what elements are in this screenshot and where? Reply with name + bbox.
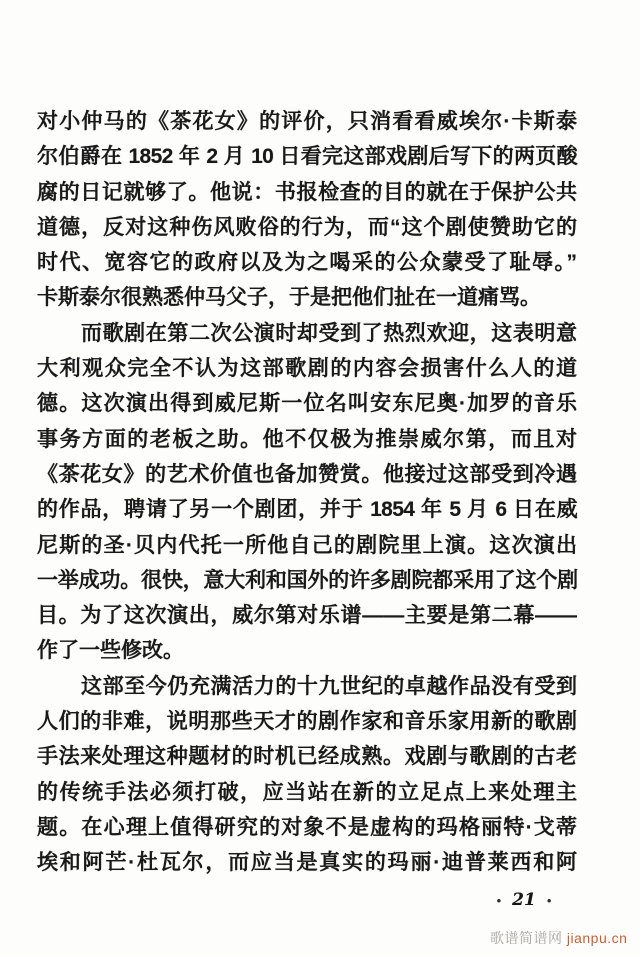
watermark-site-name: 歌谱简谱网	[490, 930, 563, 946]
watermark: 歌谱简谱网 jianpu.cn	[490, 928, 627, 948]
text-line: 而歌剧在第二次公演时却受到了热烈欢迎，这表明意	[37, 316, 577, 351]
text-line: 《茶花女》的艺术价值也备加赞赏。他接过这部受到冷遇	[37, 457, 577, 492]
page-footer: • 21 •	[476, 890, 572, 910]
scanned-book-page: 对小仲马的《茶花女》的评价，只消看看威埃尔·卡斯泰 尔伯爵在 1852 年 2 …	[0, 0, 640, 956]
text-line: 目。为了这次演出，威尔第对乐谱——主要是第二幕——	[37, 598, 577, 633]
text-line: 人们的非难，说明那些天才的剧作家和音乐家用新的歌剧	[37, 704, 577, 739]
text-line: 尔伯爵在 1852 年 2 月 10 日看完这部戏剧后写下的两页酸	[37, 139, 577, 174]
page-number-dot-left: •	[497, 894, 502, 907]
text-line: 的传统手法必须打破，应当站在新的立足点上来处理主	[37, 775, 577, 810]
watermark-site-url: jianpu.cn	[567, 930, 628, 946]
text-line: 对小仲马的《茶花女》的评价，只消看看威埃尔·卡斯泰	[37, 104, 577, 139]
page-number: 21	[512, 890, 536, 910]
text-line: 的作品，聘请了另一个剧团，并于 1854 年 5 月 6 日在威	[37, 492, 577, 527]
body-text: 对小仲马的《茶花女》的评价，只消看看威埃尔·卡斯泰 尔伯爵在 1852 年 2 …	[37, 104, 577, 881]
text-line: 尼斯的圣·贝内代托一所他自己的剧院里上演。这次演出	[37, 528, 577, 563]
text-line: 大利观众完全不认为这部歌剧的内容会损害什么人的道	[37, 351, 577, 386]
text-line: 腐的日记就够了。他说：书报检查的目的就在于保护公共	[37, 175, 577, 210]
page-number-dot-right: •	[547, 894, 552, 907]
text-line: 手法来处理这种题材的时机已经成熟。戏剧与歌剧的古老	[37, 739, 577, 774]
text-line: 事务方面的老板之助。他不仅极为推崇威尔第，而且对	[37, 422, 577, 457]
text-line: 道德，反对这种伤风败俗的行为，而“这个剧使赞助它的	[37, 210, 577, 245]
text-line: 题。在心理上值得研究的对象不是虚构的玛格丽特·戈蒂	[37, 810, 577, 845]
text-line: 埃和阿芒·杜瓦尔，而应当是真实的玛丽·迪普莱西和阿	[37, 845, 577, 880]
text-line: 一举成功。很快，意大利和国外的许多剧院都采用了这个剧	[37, 563, 577, 598]
text-line: 卡斯泰尔很熟悉仲马父子，于是把他们扯在一道痛骂。	[37, 280, 577, 315]
text-line: 作了一些修改。	[37, 633, 577, 668]
text-line: 德。这次演出得到威尼斯一位名叫安东尼奥·加罗的音乐	[37, 386, 577, 421]
text-line: 时代、宽容它的政府以及为之喝采的公众蒙受了耻辱。”	[37, 245, 577, 280]
text-line: 这部至今仍充满活力的十九世纪的卓越作品没有受到	[37, 669, 577, 704]
